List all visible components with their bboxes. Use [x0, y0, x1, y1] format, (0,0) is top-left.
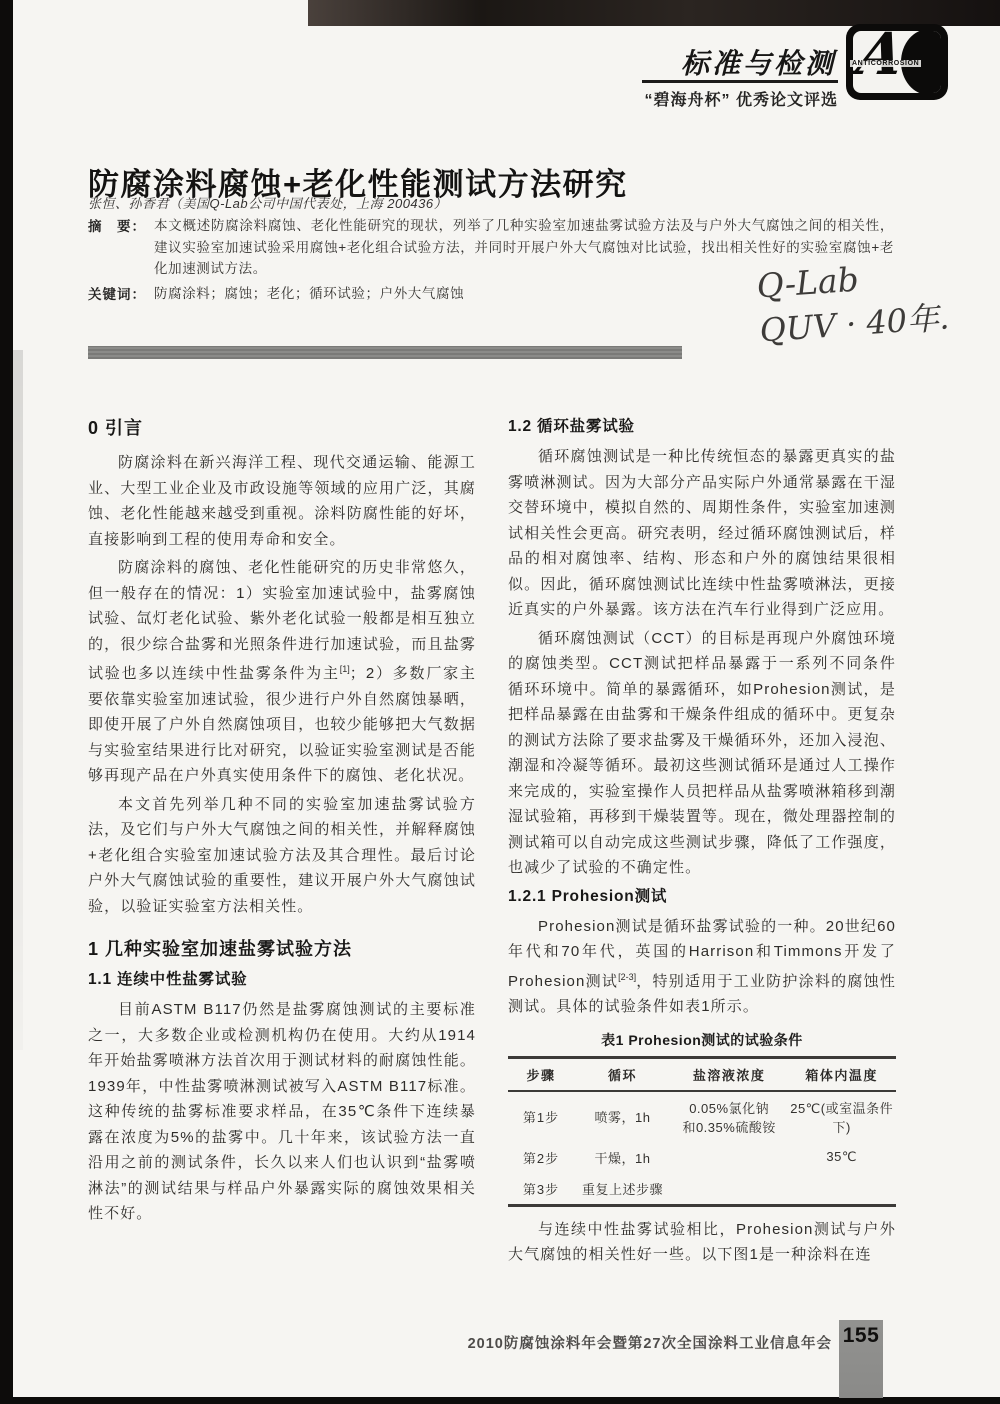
- intro-paragraph-3: 本文首先列举几种不同的实验室加速盐雾试验方法，及它们与户外大气腐蚀之间的相关性，…: [88, 792, 476, 920]
- section-1-1-paragraph: 目前ASTM B117仍然是盐雾腐蚀测试的主要标准之一，大多数企业或检测机构仍在…: [88, 997, 476, 1227]
- heading-section-1-1: 1.1 连续中性盐雾试验: [88, 967, 476, 989]
- heading-section-1-2: 1.2 循环盐雾试验: [508, 414, 896, 436]
- page-number-badge: 155: [839, 1320, 883, 1398]
- cell-temperature: 25℃(或室温条件下): [787, 1091, 896, 1142]
- cell-cycle: 干燥，1h: [574, 1142, 671, 1173]
- intro-paragraph-2: 防腐涂料的腐蚀、老化性能研究的历史非常悠久，但一般存在的情况：1）实验室加速试验…: [88, 555, 476, 789]
- journal-subtitle: “碧海舟杯” 优秀论文评选: [560, 87, 838, 110]
- heading-section-1-2-1: 1.2.1 Prohesion测试: [508, 884, 896, 906]
- cell-cycle: 重复上述步骤: [574, 1173, 671, 1206]
- section-1-2-1-paragraph: Prohesion测试是循环盐雾试验的一种。20世纪60年代和70年代，英国的H…: [508, 914, 896, 1020]
- intro-paragraph-1: 防腐涂料在新兴海洋工程、现代交通运输、能源工业、大型工业企业及市政设施等领域的应…: [88, 450, 476, 552]
- authors-line: 张恒、孙香君（美国Q-Lab公司中国代表处，上海 200436）: [88, 193, 447, 212]
- section-1-2-paragraph-2: 循环腐蚀测试（CCT）的目标是再现户外腐蚀环境的腐蚀类型。CCT测试把样品暴露于…: [508, 626, 896, 881]
- scan-shadow: [13, 350, 23, 1050]
- table-row: 第1步 喷雾，1h 0.05%氯化钠 和0.35%硫酸铵 25℃(或室温条件下): [508, 1091, 896, 1142]
- left-column: 0 引言 防腐涂料在新兴海洋工程、现代交通运输、能源工业、大型工业企业及市政设施…: [88, 414, 476, 1271]
- table-header-row: 步骤 循环 盐溶液浓度 箱体内温度: [508, 1057, 896, 1091]
- scan-edge-bottom: [0, 1397, 1000, 1404]
- paragraph-text: ；2）多数厂家主要依靠实验室加速试验，很少进行户外自然腐蚀暴晒，即使开展了户外自…: [88, 665, 476, 784]
- reference-marker-1: [1]: [340, 664, 350, 674]
- section-divider-bar: [88, 346, 682, 359]
- page-number: 155: [839, 1324, 883, 1348]
- table-row: 第2步 干燥，1h 35℃: [508, 1142, 896, 1173]
- prohesion-conditions-table: 步骤 循环 盐溶液浓度 箱体内温度 第1步 喷雾，1h 0.05%氯化钠 和0.…: [508, 1056, 896, 1207]
- column-header-step: 步骤: [508, 1057, 574, 1091]
- scan-edge-left: [0, 0, 13, 1404]
- abstract-label: 摘 要：: [88, 215, 154, 280]
- cell-temperature: 35℃: [787, 1142, 896, 1173]
- keywords-label: 关键词：: [88, 283, 154, 305]
- cell-salt: [671, 1173, 787, 1206]
- paragraph-text: 防腐涂料的腐蚀、老化性能研究的历史非常悠久，但一般存在的情况：1）实验室加速试验…: [88, 559, 476, 682]
- body-columns: 0 引言 防腐涂料在新兴海洋工程、现代交通运输、能源工业、大型工业企业及市政设施…: [88, 414, 896, 1271]
- journal-section-label: 标准与检测: [560, 42, 836, 82]
- table-row: 第3步 重复上述步骤: [508, 1173, 896, 1206]
- reference-marker-2-3: [2-3]: [618, 972, 636, 982]
- column-header-cycle: 循环: [574, 1057, 671, 1091]
- conference-footer: 2010防腐蚀涂料年会暨第27次全国涂料工业信息年会: [400, 1332, 832, 1353]
- cell-step: 第3步: [508, 1173, 574, 1206]
- table-1-caption: 表1 Prohesion测试的试验条件: [508, 1030, 896, 1050]
- heading-introduction: 0 引言: [88, 414, 476, 440]
- column-header-chamber-temperature: 箱体内温度: [787, 1057, 896, 1091]
- logo-caption: ANTICORROSION: [850, 60, 921, 67]
- handwritten-annotation: Q-Lab QUV · 40年.: [755, 251, 950, 352]
- heading-section-1: 1 几种实验室加速盐雾试验方法: [88, 935, 476, 961]
- anticorrosion-logo: A ANTICORROSION: [846, 24, 948, 100]
- cell-cycle: 喷雾，1h: [574, 1091, 671, 1142]
- cell-temperature: [787, 1173, 896, 1206]
- right-column: 1.2 循环盐雾试验 循环腐蚀测试是一种比传统恒态的暴露更真实的盐雾喷淋测试。因…: [508, 414, 896, 1271]
- column-header-salt-concentration: 盐溶液浓度: [671, 1057, 787, 1091]
- cell-salt: [671, 1142, 787, 1173]
- section-1-2-1-closing-paragraph: 与连续中性盐雾试验相比，Prohesion测试与户外大气腐蚀的相关性好一些。以下…: [508, 1217, 896, 1268]
- scanned-paper-page: 标准与检测 “碧海舟杯” 优秀论文评选 A ANTICORROSION 防腐涂料…: [0, 0, 1000, 1404]
- section-1-2-paragraph-1: 循环腐蚀测试是一种比传统恒态的暴露更真实的盐雾喷淋测试。因为大部分产品实际户外通…: [508, 444, 896, 623]
- cell-step: 第1步: [508, 1091, 574, 1142]
- cell-salt: 0.05%氯化钠 和0.35%硫酸铵: [671, 1091, 787, 1142]
- cell-step: 第2步: [508, 1142, 574, 1173]
- header-underline: [642, 80, 838, 83]
